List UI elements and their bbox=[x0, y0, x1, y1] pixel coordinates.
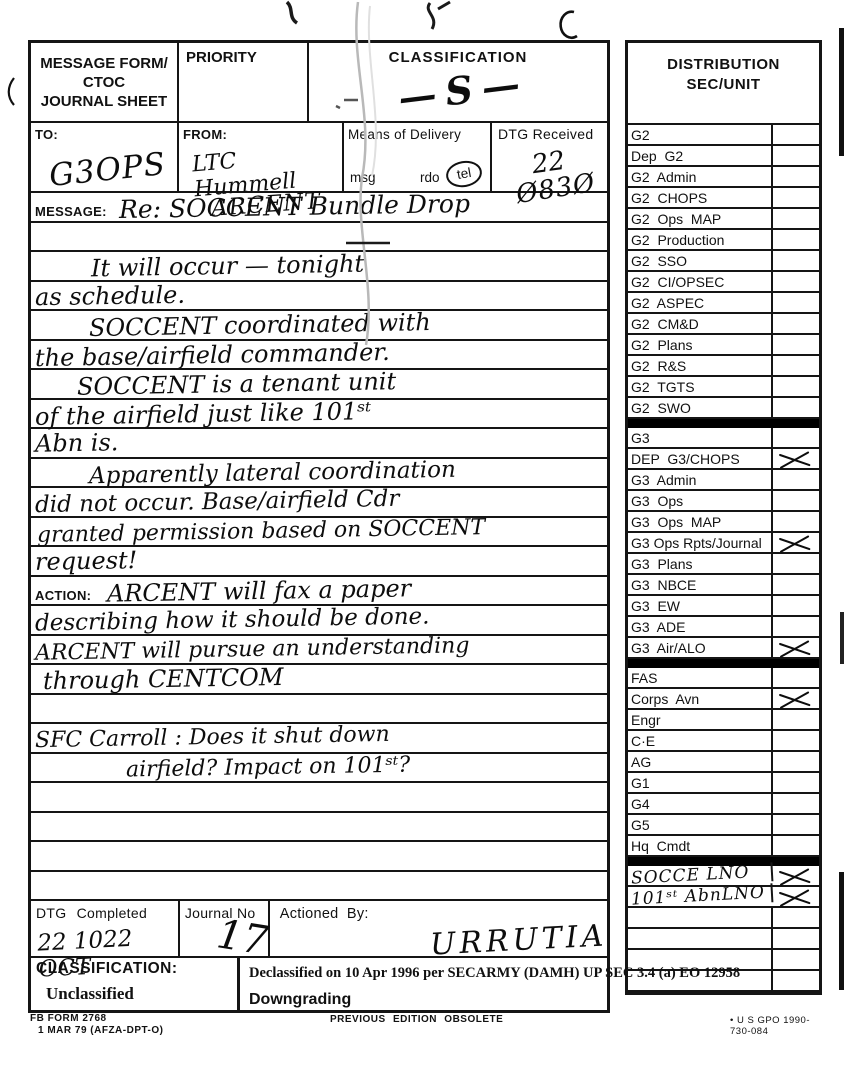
check-cell bbox=[773, 209, 819, 228]
tear-mark-top-left bbox=[287, 2, 297, 23]
check-cell bbox=[773, 428, 819, 447]
distribution-row: G3 Ops bbox=[628, 491, 819, 512]
unit-label: FAS bbox=[628, 668, 773, 687]
check-cell bbox=[773, 335, 819, 354]
scan-edge-bar bbox=[839, 28, 844, 156]
handwritten-text: of the airfield just like 101ˢᵗ bbox=[35, 398, 372, 430]
check-cell bbox=[773, 815, 819, 834]
handwritten-text: granted permission based on SOCCENT bbox=[37, 515, 486, 549]
classification-value: Unclassified bbox=[46, 984, 237, 1004]
delivery-option-rdo: rdo bbox=[420, 170, 440, 185]
form-number: FB FORM 2768 bbox=[30, 1013, 164, 1025]
unit-label: G2 Ops MAP bbox=[628, 209, 773, 228]
handwritten-text: SFC Carroll : Does it shut down bbox=[35, 722, 390, 754]
distribution-row: Dep G2 bbox=[628, 146, 819, 167]
unit-label: G2 ASPEC bbox=[628, 293, 773, 312]
check-cell bbox=[773, 533, 819, 552]
distribution-table: DISTRIBUTION SEC/UNIT G2Dep G2G2 AdminG2… bbox=[625, 40, 822, 995]
declassification-stamp: Declassified on 10 Apr 1996 per SECARMY … bbox=[249, 965, 689, 982]
unit-label: G2 Production bbox=[628, 230, 773, 249]
unit-label: G2 CI/OPSEC bbox=[628, 272, 773, 291]
x-mark bbox=[779, 534, 810, 552]
handwritten-text: Abn is. bbox=[35, 429, 119, 456]
check-cell bbox=[773, 491, 819, 510]
check-cell bbox=[773, 356, 819, 375]
handwritten-text: did not occur. Base/airfield Cdr bbox=[35, 486, 400, 518]
means-label: Means of Delivery bbox=[348, 127, 461, 142]
message-row: SOCCENT coordinated with bbox=[31, 311, 607, 341]
unit-label: Hq Cmdt bbox=[628, 836, 773, 855]
classification-footer-box: CLASSIFICATION: Unclassified bbox=[31, 958, 240, 1010]
priority-label: PRIORITY bbox=[186, 49, 257, 66]
classification-footer-label: CLASSIFICATION: bbox=[36, 960, 237, 978]
distribution-row bbox=[628, 929, 819, 950]
distribution-row bbox=[628, 908, 819, 929]
x-mark bbox=[779, 888, 810, 906]
message-row: describing how it should be done. bbox=[31, 606, 607, 636]
handwritten-to-value: G3OPS bbox=[47, 146, 167, 194]
to-label: TO: bbox=[35, 127, 58, 142]
unit-label: G3 Ops MAP bbox=[628, 512, 773, 531]
check-cell bbox=[773, 512, 819, 531]
unit-label: G2 Admin bbox=[628, 167, 773, 186]
check-cell bbox=[773, 689, 819, 708]
delivery-option-tel-circled: tel bbox=[444, 158, 484, 190]
to-box: TO: G3OPS bbox=[31, 123, 179, 191]
unit-label: G3 EW bbox=[628, 596, 773, 615]
handwritten-text: It will occur — tonight bbox=[91, 251, 365, 282]
message-row: airfield? Impact on 101ˢᵗ? bbox=[31, 754, 607, 784]
check-cell bbox=[773, 575, 819, 594]
x-mark bbox=[779, 867, 810, 885]
scan-edge-bar bbox=[840, 612, 844, 664]
handwritten-text: SOCCENT coordinated with bbox=[89, 309, 431, 341]
check-cell bbox=[773, 554, 819, 573]
downgrading-label: Downgrading bbox=[249, 991, 351, 1009]
distribution-row: G2 CHOPS bbox=[628, 188, 819, 209]
check-cell bbox=[773, 908, 819, 927]
distribution-row: G5 bbox=[628, 815, 819, 836]
message-row: ACTION:ARCENT will fax a paper bbox=[31, 577, 607, 607]
x-mark bbox=[779, 639, 810, 657]
distribution-row: G3 NBCE bbox=[628, 575, 819, 596]
journal-sheet-scan: MESSAGE FORM/ CTOC JOURNAL SHEET PRIORIT… bbox=[0, 0, 848, 1088]
unit-label: G2 SWO bbox=[628, 398, 773, 417]
check-cell bbox=[773, 950, 819, 969]
delivery-option-msg: msg bbox=[350, 170, 376, 185]
distribution-row: Hq Cmdt bbox=[628, 836, 819, 857]
distribution-row: G1 bbox=[628, 773, 819, 794]
distribution-row: G2 Ops MAP bbox=[628, 209, 819, 230]
declassification-box: Declassified on 10 Apr 1996 per SECARMY … bbox=[240, 958, 607, 1010]
actioned-by-box: Actioned By: URRUTIA bbox=[270, 901, 607, 956]
unit-label: G3 Plans bbox=[628, 554, 773, 573]
message-row: the base/airfield commander. bbox=[31, 341, 607, 371]
check-cell bbox=[773, 638, 819, 657]
distribution-row: Engr bbox=[628, 710, 819, 731]
check-cell bbox=[773, 146, 819, 165]
check-cell bbox=[773, 794, 819, 813]
distribution-row: G2 bbox=[628, 125, 819, 146]
message-row: request! bbox=[31, 547, 607, 577]
form-number-block: FB FORM 2768 1 MAR 79 (AFZA-DPT-O) bbox=[30, 1013, 164, 1037]
message-row: through CENTCOM bbox=[31, 665, 607, 695]
message-row bbox=[31, 842, 607, 872]
distribution-row: G3 bbox=[628, 428, 819, 449]
distribution-row: G2 Admin bbox=[628, 167, 819, 188]
journal-entry-row: DTG Completed 22 1022 OCT Journal No 17 … bbox=[31, 901, 607, 958]
message-row: as schedule. bbox=[31, 282, 607, 312]
classification-box: CLASSIFICATION — S — bbox=[309, 43, 607, 121]
check-cell bbox=[773, 377, 819, 396]
distribution-row: C·E bbox=[628, 731, 819, 752]
distribution-row: AG bbox=[628, 752, 819, 773]
unit-label: G4 bbox=[628, 794, 773, 813]
unit-label: C·E bbox=[628, 731, 773, 750]
check-cell bbox=[773, 971, 819, 990]
handwritten-text: Apparently lateral coordination bbox=[89, 456, 456, 488]
unit-label: DEP G3/CHOPS bbox=[628, 449, 773, 468]
distribution-row: G2 CI/OPSEC bbox=[628, 272, 819, 293]
unit-label: AG bbox=[628, 752, 773, 771]
unit-label: G3 ADE bbox=[628, 617, 773, 636]
x-mark bbox=[779, 450, 810, 468]
unit-label: G3 Ops bbox=[628, 491, 773, 510]
unit-label: G5 bbox=[628, 815, 773, 834]
check-cell bbox=[773, 929, 819, 948]
gpo-note: • U S GPO 1990-730-084 bbox=[730, 1015, 830, 1037]
unit-label: G2 Plans bbox=[628, 335, 773, 354]
handwritten-text: SOCCENT is a tenant unit bbox=[77, 368, 397, 400]
field-label: MESSAGE: bbox=[35, 204, 107, 219]
check-cell bbox=[773, 470, 819, 489]
dtg-completed-box: DTG Completed 22 1022 OCT bbox=[31, 901, 180, 956]
message-row: SFC Carroll : Does it shut down bbox=[31, 724, 607, 754]
from-box: FROM: LTC Hummell ARCENT bbox=[179, 123, 344, 191]
message-row bbox=[31, 223, 607, 253]
distribution-header: DISTRIBUTION SEC/UNIT bbox=[628, 43, 819, 125]
distribution-row: G3 Air/ALO bbox=[628, 638, 819, 659]
unit-label bbox=[628, 929, 773, 948]
handwritten-text: Re: SOCCENT Bundle Drop bbox=[119, 191, 470, 223]
unit-label: Engr bbox=[628, 710, 773, 729]
distribution-row: Corps Avn bbox=[628, 689, 819, 710]
distribution-row: G3 Ops MAP bbox=[628, 512, 819, 533]
check-cell bbox=[773, 752, 819, 771]
message-row bbox=[31, 813, 607, 843]
distribution-row: G3 Admin bbox=[628, 470, 819, 491]
distribution-row: G2 R&S bbox=[628, 356, 819, 377]
x-mark bbox=[779, 690, 810, 708]
message-row: ARCENT will pursue an understanding bbox=[31, 636, 607, 666]
message-row: did not occur. Base/airfield Cdr bbox=[31, 488, 607, 518]
handwritten-text: the base/airfield commander. bbox=[35, 338, 390, 370]
journal-no-box: Journal No 17 bbox=[180, 901, 270, 956]
check-cell bbox=[773, 272, 819, 291]
distribution-row: G2 SSO bbox=[628, 251, 819, 272]
pen-mark-c bbox=[561, 12, 577, 38]
unit-label: G2 CHOPS bbox=[628, 188, 773, 207]
check-cell bbox=[773, 251, 819, 270]
classification-footer-row: CLASSIFICATION: Unclassified Declassifie… bbox=[31, 958, 607, 1010]
distribution-row: G2 Production bbox=[628, 230, 819, 251]
message-row bbox=[31, 872, 607, 902]
handwritten-text: airfield? Impact on 101ˢᵗ? bbox=[126, 752, 411, 783]
handwritten-text: ARCENT will pursue an understanding bbox=[35, 633, 470, 667]
handwritten-text: through CENTCOM bbox=[43, 664, 284, 694]
message-row bbox=[31, 783, 607, 813]
classification-label: CLASSIFICATION bbox=[309, 49, 607, 66]
message-body: MESSAGE:Re: SOCCENT Bundle DropIt will o… bbox=[31, 193, 607, 901]
distribution-row: G3 ADE bbox=[628, 617, 819, 638]
unit-label: G2 SSO bbox=[628, 251, 773, 270]
check-cell bbox=[773, 293, 819, 312]
message-row: MESSAGE:Re: SOCCENT Bundle Drop bbox=[31, 193, 607, 223]
distribution-row: DEP G3/CHOPS bbox=[628, 449, 819, 470]
scan-edge-bar bbox=[839, 872, 844, 990]
handwritten-actioned-by: URRUTIA bbox=[429, 918, 608, 962]
handwritten-journal-no: 17 bbox=[214, 911, 271, 964]
means-of-delivery-box: Means of Delivery msg rdo tel bbox=[344, 123, 492, 191]
addressing-row: TO: G3OPS FROM: LTC Hummell ARCENT Means… bbox=[31, 123, 607, 193]
message-row: Abn is. bbox=[31, 429, 607, 459]
unit-label: G3 Admin bbox=[628, 470, 773, 489]
distribution-row: G2 Plans bbox=[628, 335, 819, 356]
check-cell bbox=[773, 887, 819, 906]
unit-label: G2 bbox=[628, 125, 773, 144]
check-cell bbox=[773, 230, 819, 249]
tear-mark-top-right bbox=[428, 2, 450, 29]
handwritten-text: ARCENT will fax a paper bbox=[107, 575, 412, 606]
pen-mark-paren bbox=[9, 78, 14, 105]
unit-label: G2 CM&D bbox=[628, 314, 773, 333]
form-header-row: MESSAGE FORM/ CTOC JOURNAL SHEET PRIORIT… bbox=[31, 43, 607, 123]
unit-label: G2 R&S bbox=[628, 356, 773, 375]
distribution-row: G3 EW bbox=[628, 596, 819, 617]
check-cell bbox=[773, 668, 819, 687]
handwritten-text: describing how it should be done. bbox=[35, 604, 430, 637]
distribution-row: G4 bbox=[628, 794, 819, 815]
priority-box: PRIORITY bbox=[179, 43, 309, 121]
unit-label: Corps Avn bbox=[628, 689, 773, 708]
form-date: 1 MAR 79 (AFZA-DPT-O) bbox=[38, 1025, 164, 1037]
check-cell bbox=[773, 398, 819, 417]
message-form: MESSAGE FORM/ CTOC JOURNAL SHEET PRIORIT… bbox=[28, 40, 610, 1013]
distribution-rows: G2Dep G2G2 AdminG2 CHOPSG2 Ops MAPG2 Pro… bbox=[628, 125, 819, 992]
dtg-received-label: DTG Received bbox=[498, 126, 593, 142]
unit-label: G3 Ops Rpts/Journal bbox=[628, 533, 773, 552]
field-label: ACTION: bbox=[35, 588, 91, 603]
unit-label: G3 NBCE bbox=[628, 575, 773, 594]
message-row: It will occur — tonight bbox=[31, 252, 607, 282]
message-row bbox=[31, 695, 607, 725]
check-cell bbox=[773, 188, 819, 207]
distribution-row: G3 Plans bbox=[628, 554, 819, 575]
distribution-row: G3 Ops Rpts/Journal bbox=[628, 533, 819, 554]
form-title: MESSAGE FORM/ CTOC JOURNAL SHEET bbox=[31, 43, 179, 121]
message-row: SOCCENT is a tenant unit bbox=[31, 370, 607, 400]
unit-label: Dep G2 bbox=[628, 146, 773, 165]
actioned-by-label: Actioned By: bbox=[280, 906, 369, 922]
distribution-row: G2 CM&D bbox=[628, 314, 819, 335]
distribution-row: G2 TGTS bbox=[628, 377, 819, 398]
handwritten-text: as schedule. bbox=[35, 281, 185, 310]
check-cell bbox=[773, 731, 819, 750]
section-divider bbox=[628, 659, 819, 668]
unit-label: G3 bbox=[628, 428, 773, 447]
from-label: FROM: bbox=[183, 127, 227, 142]
check-cell bbox=[773, 167, 819, 186]
distribution-row: 101ˢᵗ AbnLNO bbox=[628, 887, 819, 908]
unit-label: G3 Air/ALO bbox=[628, 638, 773, 657]
message-row: Apparently lateral coordination bbox=[31, 459, 607, 489]
check-cell bbox=[773, 617, 819, 636]
check-cell bbox=[773, 125, 819, 144]
dtg-completed-label: DTG Completed bbox=[36, 905, 147, 921]
check-cell bbox=[773, 314, 819, 333]
check-cell bbox=[773, 773, 819, 792]
unit-label bbox=[628, 908, 773, 927]
check-cell bbox=[773, 596, 819, 615]
message-row: of the airfield just like 101ˢᵗ bbox=[31, 400, 607, 430]
message-row: granted permission based on SOCCENT bbox=[31, 518, 607, 548]
check-cell bbox=[773, 836, 819, 855]
distribution-row: G2 SWO bbox=[628, 398, 819, 419]
unit-label: G1 bbox=[628, 773, 773, 792]
dtg-received-box: DTG Received 22 Ø83Ø bbox=[492, 123, 607, 191]
previous-edition-note: PREVIOUS EDITION OBSOLETE bbox=[330, 1014, 503, 1025]
distribution-row: G2 ASPEC bbox=[628, 293, 819, 314]
check-cell bbox=[773, 866, 819, 885]
handwritten-classification-mark: — S — bbox=[396, 61, 520, 120]
check-cell bbox=[773, 449, 819, 468]
handwritten-text: request! bbox=[35, 547, 138, 575]
check-cell bbox=[773, 710, 819, 729]
unit-label: G2 TGTS bbox=[628, 377, 773, 396]
distribution-row: FAS bbox=[628, 668, 819, 689]
section-divider bbox=[628, 419, 819, 428]
